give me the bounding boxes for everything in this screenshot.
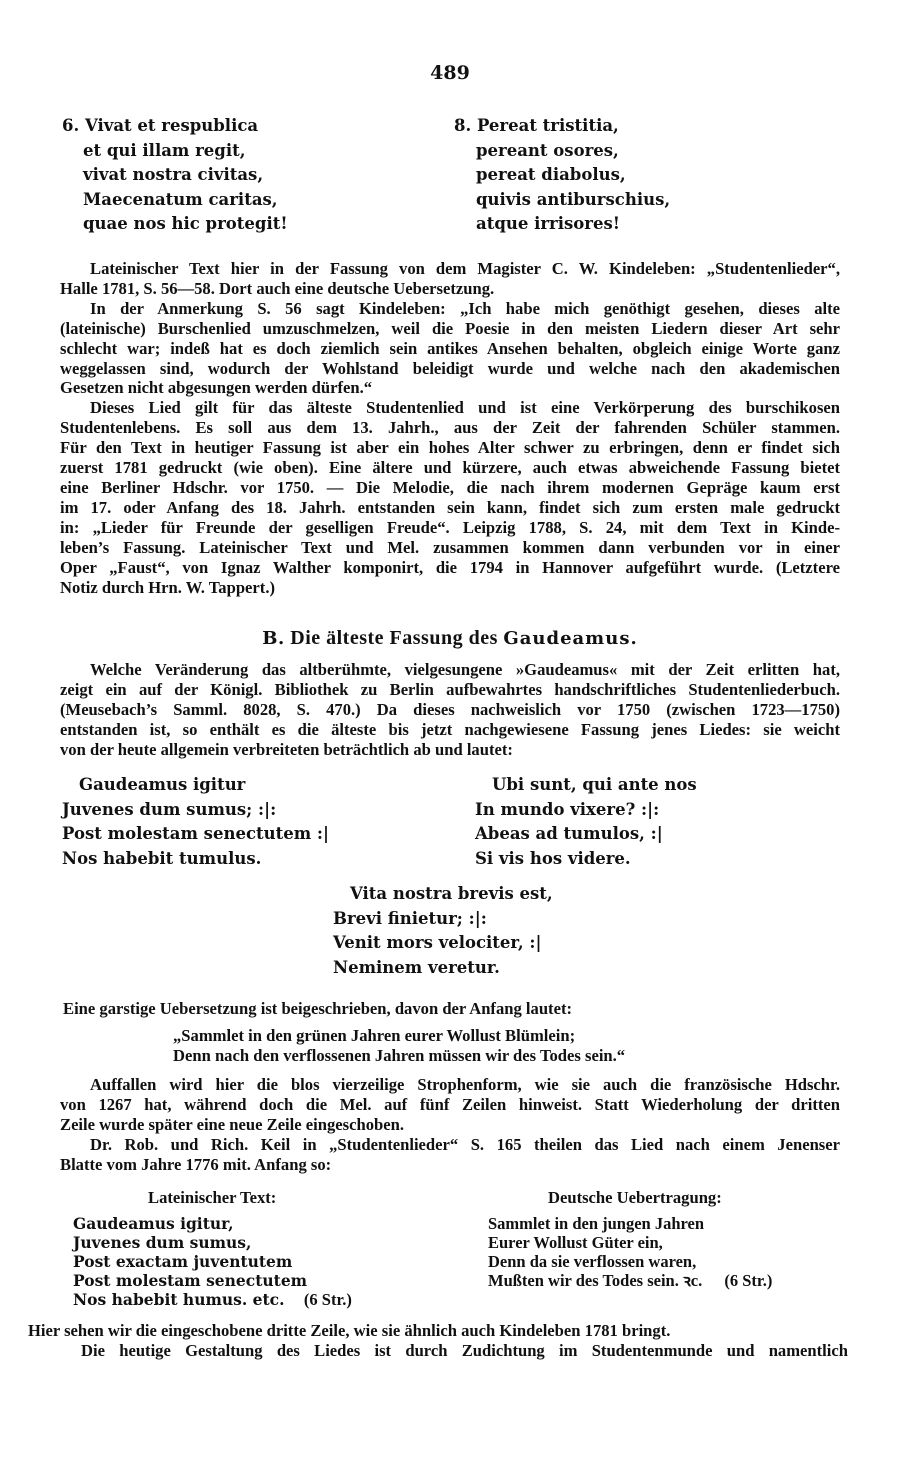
verse-line: Nos habebit humus. etc. (6 Str.): [73, 1290, 352, 1309]
verse-line: Venit mors velociter, :|: [333, 931, 553, 956]
section-label: B.: [262, 628, 284, 649]
verse-line: Mußten wir des Todes sein. ꝛc. (6 Str.): [488, 1271, 772, 1290]
book-page: 489 6. Vivat et respublica et qui illam …: [0, 0, 900, 1457]
verse-line: Brevi finietur; :|:: [333, 907, 553, 932]
old-version-center-stanza: Vita nostra brevis est, Brevi finietur; …: [333, 882, 553, 980]
verse-line: Post molestam senectutem :|: [62, 822, 329, 847]
verse-line: atque irrisores!: [454, 212, 670, 237]
verse-line: Gaudeamus igitur: [62, 773, 329, 798]
verse-line: Abeas ad tumulos, :|: [475, 822, 697, 847]
old-version-left-stanza: Gaudeamus igitur Juvenes dum sumus; :|: …: [62, 773, 329, 871]
verse-line: Post exactam juventutem: [73, 1252, 352, 1271]
verse-line: et qui illam regit,: [62, 139, 288, 164]
verse-line: Nos habebit tumulus.: [62, 847, 329, 872]
section-title: Die älteste Fassung des: [290, 627, 498, 649]
intro-paragraph: Welche Veränderung das altberühmte, viel…: [60, 660, 840, 760]
verse-line: Post molestam senectutem: [73, 1271, 352, 1290]
section-title-gaudeamus: Gaudeamus.: [503, 628, 637, 649]
verse-line: Vita nostra brevis est,: [333, 882, 553, 907]
verse-line: 6. Vivat et respublica: [62, 114, 288, 139]
stanza-count: (6 Str.): [724, 1271, 772, 1290]
stanza-6: 6. Vivat et respublica et qui illam regi…: [62, 114, 288, 237]
verse-line: Juvenes dum sumus; :|:: [62, 798, 329, 823]
verse-line: 8. Pereat tristitia,: [454, 114, 670, 139]
translation-quote: „Sammlet in den grünen Jahren eurer Woll…: [173, 1026, 625, 1066]
verse-line: quivis antiburschius,: [454, 188, 670, 213]
page-number: 489: [0, 62, 900, 84]
stanza-count: (6 Str.): [304, 1290, 352, 1309]
note-paragraph-source: Lateinischer Text hier in der Fassung vo…: [60, 259, 840, 299]
jena-latin-stanza: Gaudeamus igitur, Juvenes dum sumus, Pos…: [73, 1214, 352, 1309]
remark-paragraph-form: Auffallen wird hier die blos vierzeilige…: [60, 1075, 840, 1135]
stanza-8: 8. Pereat tristitia, pereant osores, per…: [454, 114, 670, 237]
german-translation-header: Deutsche Uebertragung:: [548, 1188, 722, 1208]
latin-text-header: Lateinischer Text:: [148, 1188, 276, 1208]
verse-line: Maecenatum caritas,: [62, 188, 288, 213]
closing-block: Hier sehen wir die eingeschobene dritte …: [28, 1321, 848, 1361]
verse-line: Eurer Wollust Güter ein,: [488, 1233, 772, 1252]
old-version-right-stanza: Ubi sunt, qui ante nos In mundo vixere? …: [475, 773, 697, 871]
section-heading: B. Die älteste Fassung des Gaudeamus.: [0, 627, 900, 650]
note-paragraph-history: Dieses Lied gilt für das älteste Student…: [60, 398, 840, 597]
verse-line: Sammlet in den jungen Jahren: [488, 1214, 772, 1233]
verse-line: Gaudeamus igitur,: [73, 1214, 352, 1233]
verse-line: quae nos hic protegit!: [62, 212, 288, 237]
jena-german-stanza: Sammlet in den jungen Jahren Eurer Wollu…: [488, 1214, 772, 1290]
remarks-block: Auffallen wird hier die blos vierzeilige…: [60, 1075, 840, 1175]
notes-block: Lateinischer Text hier in der Fassung vo…: [60, 259, 840, 597]
verse-line: pereat diabolus,: [454, 163, 670, 188]
verse-line: vivat nostra civitas,: [62, 163, 288, 188]
verse-line: Si vis hos videre.: [475, 847, 697, 872]
note-paragraph-quote: In der Anmerkung S. 56 sagt Kindeleben: …: [60, 299, 840, 399]
verse-line: pereant osores,: [454, 139, 670, 164]
remark-paragraph-keil: Dr. Rob. und Rich. Keil in „Studentenlie…: [60, 1135, 840, 1175]
verse-line: Juvenes dum sumus,: [73, 1233, 352, 1252]
translation-note: Eine garstige Uebersetzung ist beigeschr…: [60, 999, 840, 1019]
verse-line: In mundo vixere? :|:: [475, 798, 697, 823]
verse-line: Ubi sunt, qui ante nos: [475, 773, 697, 798]
verse-line: Neminem veretur.: [333, 956, 553, 981]
verse-line: Denn da sie verflossen waren,: [488, 1252, 772, 1271]
